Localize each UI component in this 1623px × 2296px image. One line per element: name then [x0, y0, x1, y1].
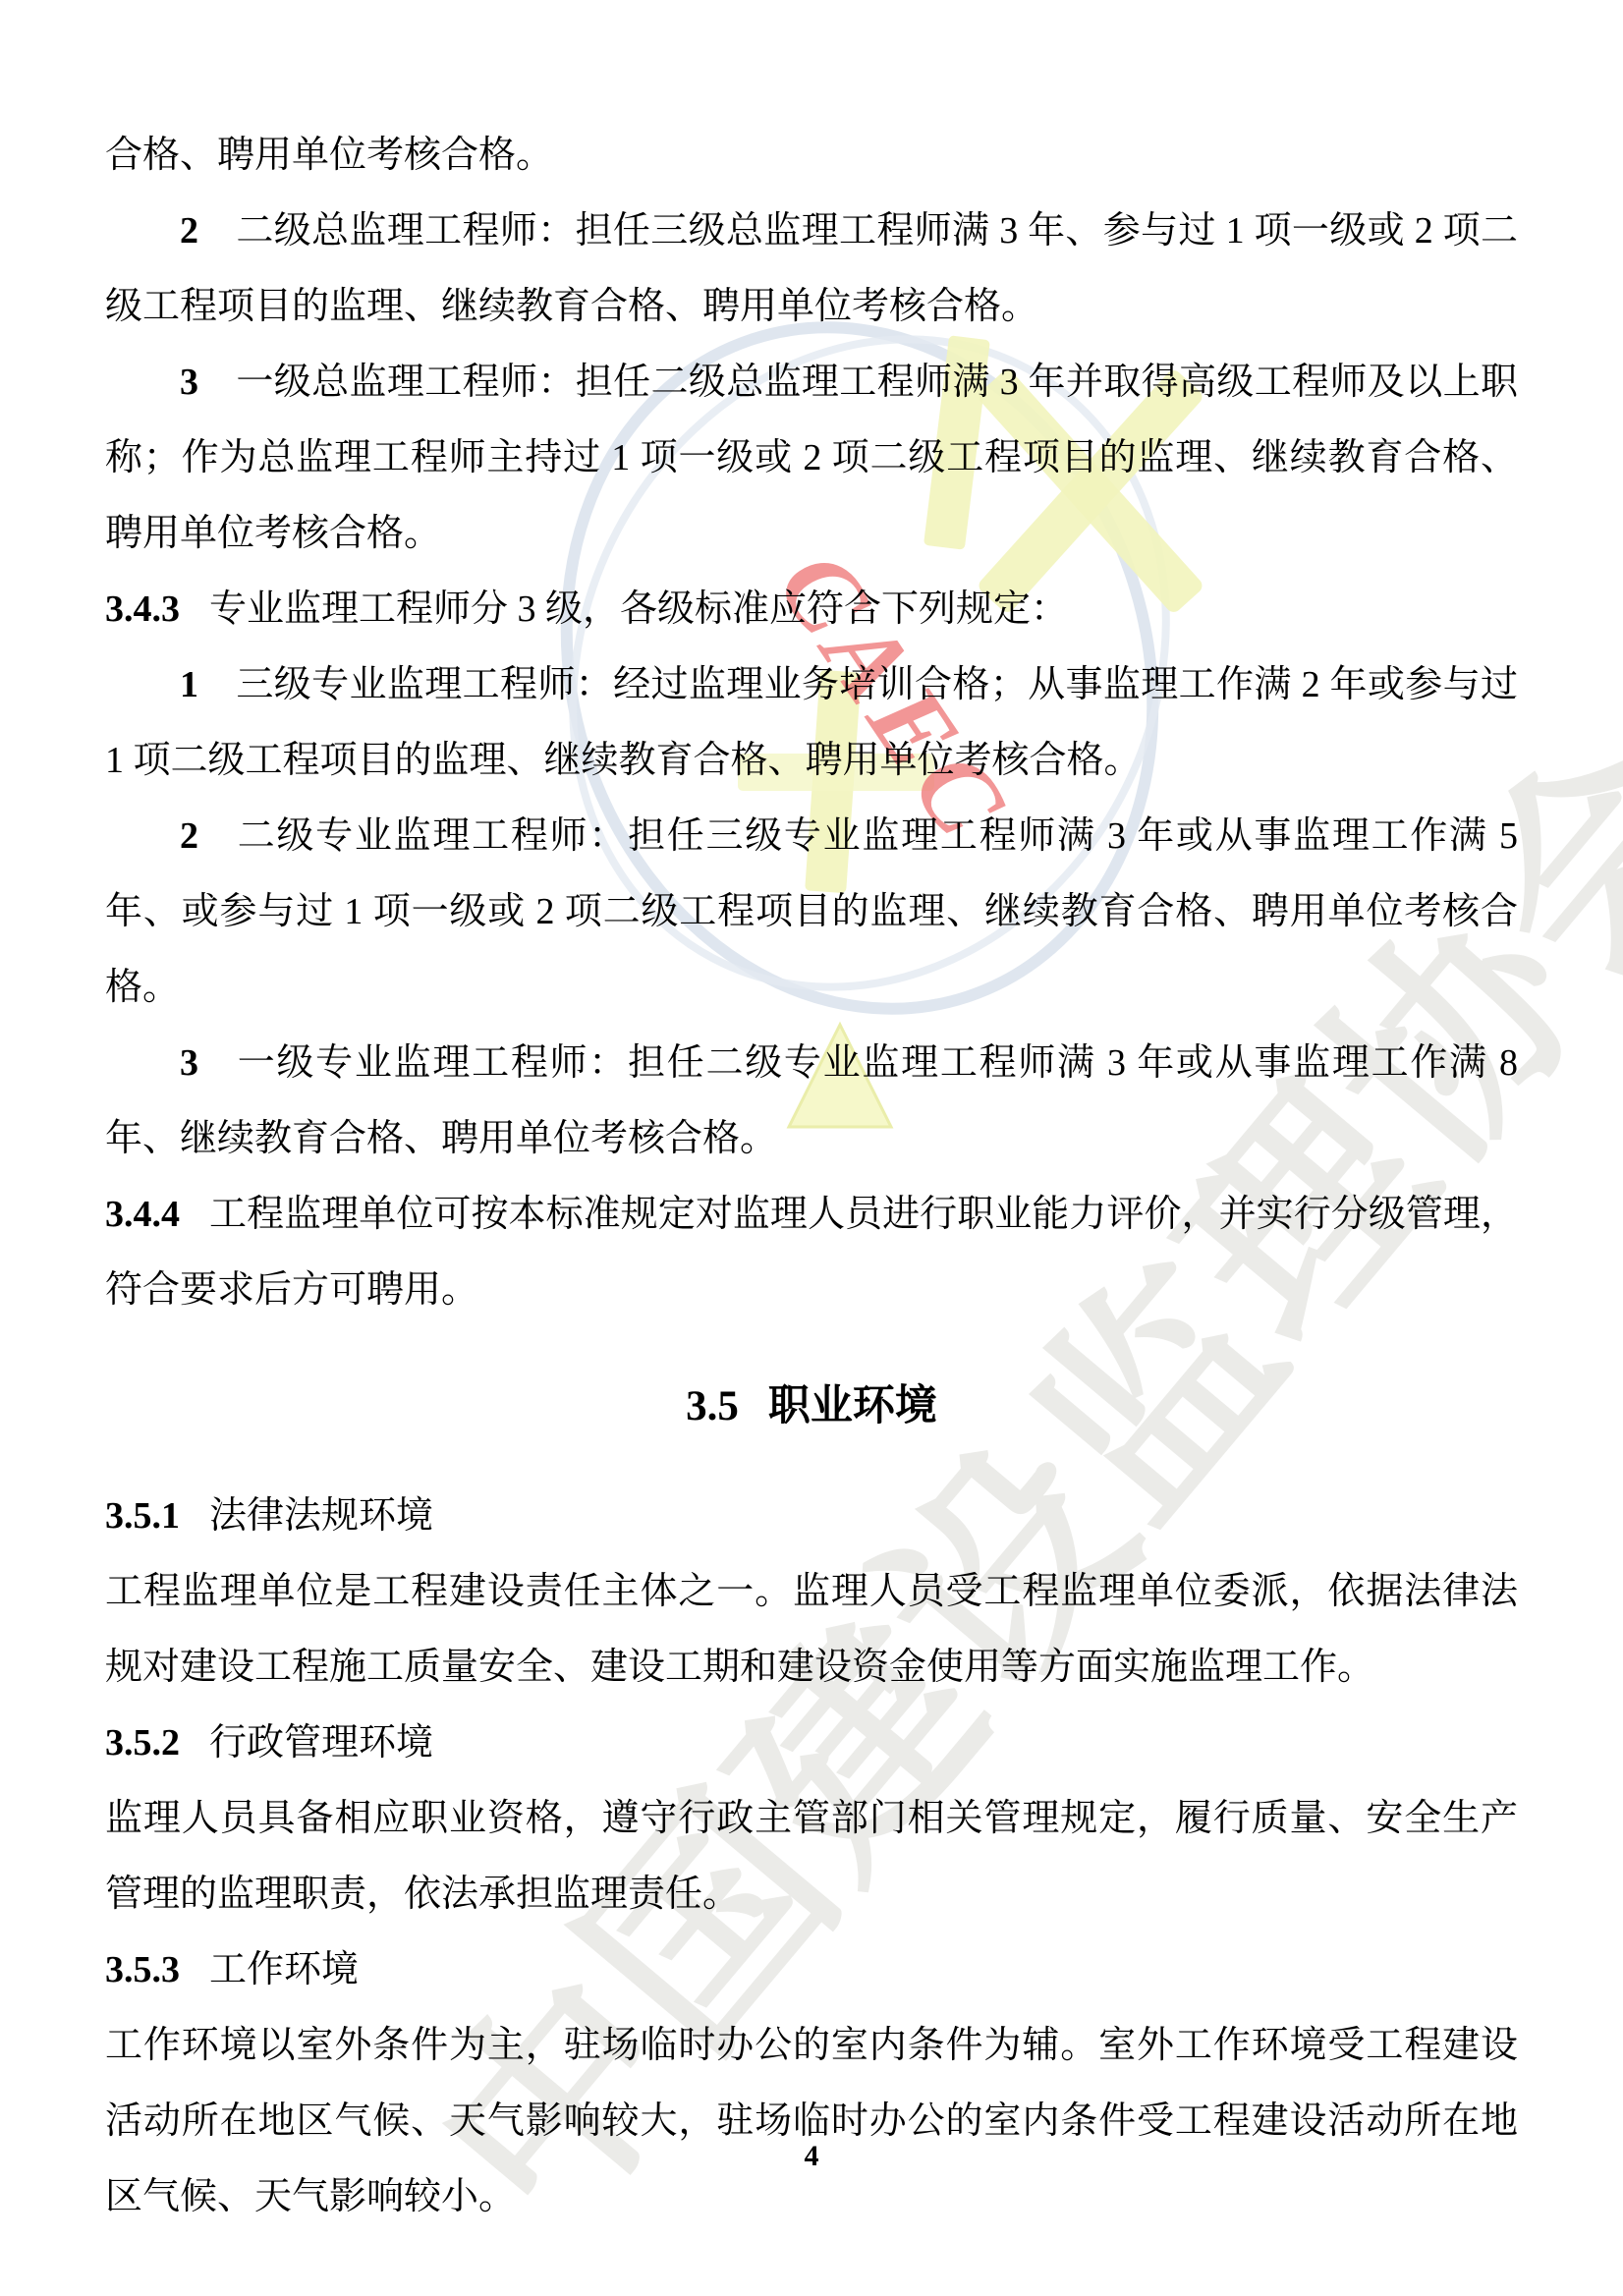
clause-number: 3.4.4: [105, 1194, 180, 1235]
paragraph-text: 一级专业监理工程师：担任二级专业监理工程师满 3 年或从事监理工作满 8 年、继…: [105, 1042, 1518, 1159]
paragraph-text: 工作环境以室外条件为主，驻场临时办公的室内条件为辅。室外工作环境受工程建设活动所…: [105, 2025, 1518, 2217]
clause-number: 3.5.1: [105, 1495, 180, 1537]
clause-number: 3.5.2: [105, 1722, 180, 1764]
body-paragraph: 合格、聘用单位考核合格。: [105, 118, 1518, 194]
numbered-item-paragraph: 3一级专业监理工程师：担任二级专业监理工程师满 3 年或从事监理工作满 8 年、…: [105, 1026, 1518, 1177]
paragraph-text: 工作环境: [209, 1949, 359, 1990]
section-heading-number: 3.5: [686, 1383, 739, 1429]
paragraph-text: 行政管理环境: [209, 1722, 433, 1764]
section-heading: 3.5职业环境: [105, 1369, 1518, 1444]
paragraph-text: 一级总监理工程师：担任二级总监理工程师满 3 年并取得高级工程师及以上职称；作为…: [105, 362, 1518, 554]
paragraph-text: 二级总监理工程师：担任三级总监理工程师满 3 年、参与过 1 项一级或 2 项二…: [105, 210, 1518, 327]
paragraph-text: 工程监理单位可按本标准规定对监理人员进行职业能力评价，并实行分级管理，符合要求后…: [105, 1194, 1518, 1311]
paragraph-text: 三级专业监理工程师：经过监理业务培训合格；从事监理工作满 2 年或参与过 1 项…: [105, 664, 1518, 781]
body-paragraph: 工作环境以室外条件为主，驻场临时办公的室内条件为辅。室外工作环境受工程建设活动所…: [105, 2008, 1518, 2235]
clause-number: 3.4.3: [105, 588, 180, 630]
paragraph-text: 法律法规环境: [209, 1495, 433, 1537]
clause-paragraph: 3.5.3工作环境: [105, 1932, 1518, 2008]
clause-paragraph: 3.5.1法律法规环境: [105, 1479, 1518, 1554]
document-page: CAEC 中国建设监理协会 合格、聘用单位考核合格。2二级总监理工程师：担任三级…: [0, 0, 1623, 2296]
item-number: 3: [180, 1042, 198, 1084]
paragraph-text: 专业监理工程师分 3 级，各级标准应符合下列规定：: [209, 588, 1068, 630]
clause-number: 3.5.3: [105, 1949, 180, 1990]
section-heading-title: 职业环境: [768, 1383, 937, 1429]
item-number: 2: [180, 815, 198, 857]
paragraph-text: 监理人员具备相应职业资格，遵守行政主管部门相关管理规定，履行质量、安全生产管理的…: [105, 1798, 1518, 1915]
body-paragraph: 工程监理单位是工程建设责任主体之一。监理人员受工程监理单位委派，依据法律法规对建…: [105, 1554, 1518, 1706]
paragraph-text: 合格、聘用单位考核合格。: [105, 135, 553, 176]
numbered-item-paragraph: 1三级专业监理工程师：经过监理业务培训合格；从事监理工作满 2 年或参与过 1 …: [105, 647, 1518, 799]
item-number: 2: [180, 210, 198, 252]
paragraph-text: 二级专业监理工程师：担任三级专业监理工程师满 3 年或从事监理工作满 5 年、或…: [105, 815, 1518, 1008]
clause-paragraph: 3.4.4工程监理单位可按本标准规定对监理人员进行职业能力评价，并实行分级管理，…: [105, 1177, 1518, 1328]
body-paragraph: 监理人员具备相应职业资格，遵守行政主管部门相关管理规定，履行质量、安全生产管理的…: [105, 1781, 1518, 1932]
numbered-item-paragraph: 3一级总监理工程师：担任二级总监理工程师满 3 年并取得高级工程师及以上职称；作…: [105, 345, 1518, 572]
document-content: 合格、聘用单位考核合格。2二级总监理工程师：担任三级总监理工程师满 3 年、参与…: [0, 0, 1623, 2235]
clause-paragraph: 3.5.2行政管理环境: [105, 1706, 1518, 1781]
numbered-item-paragraph: 2二级总监理工程师：担任三级总监理工程师满 3 年、参与过 1 项一级或 2 项…: [105, 194, 1518, 345]
numbered-item-paragraph: 2二级专业监理工程师：担任三级专业监理工程师满 3 年或从事监理工作满 5 年、…: [105, 799, 1518, 1026]
item-number: 3: [180, 362, 198, 403]
page-number: 4: [0, 2140, 1623, 2173]
item-number: 1: [180, 664, 198, 705]
clause-paragraph: 3.4.3专业监理工程师分 3 级，各级标准应符合下列规定：: [105, 572, 1518, 647]
paragraph-text: 工程监理单位是工程建设责任主体之一。监理人员受工程监理单位委派，依据法律法规对建…: [105, 1571, 1518, 1688]
